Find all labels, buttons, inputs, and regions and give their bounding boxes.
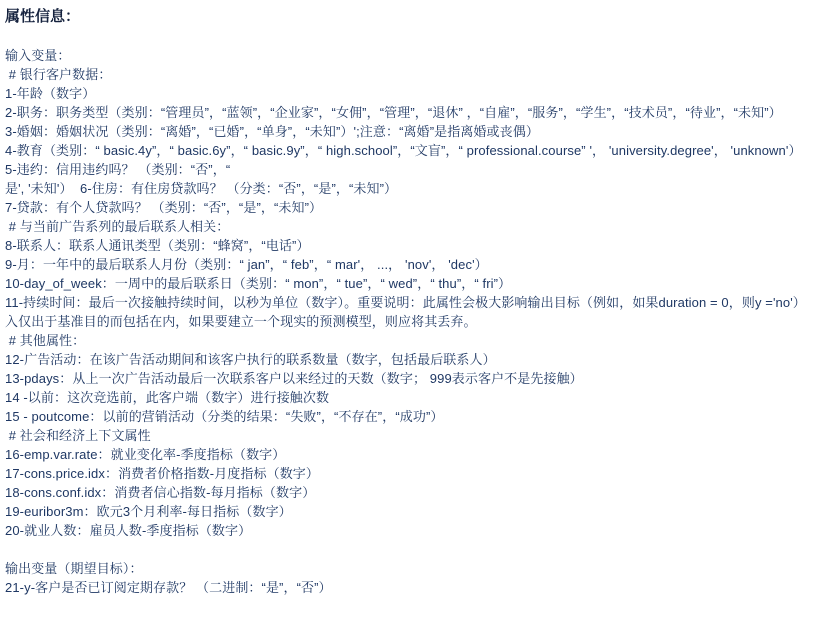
text-line: 15 - poutcome：以前的营销活动（分类的结果：“失败”，“不存在”，“… — [5, 407, 818, 426]
text-line: 14 -以前：这次竞选前，此客户端（数字）进行接触次数 — [5, 388, 818, 407]
text-line — [5, 540, 818, 559]
text-line: # 与当前广告系列的最后联系人相关： — [5, 217, 818, 236]
text-line: 12-广告活动：在该广告活动期间和该客户执行的联系数量（数字，包括最后联系人） — [5, 350, 818, 369]
text-line: 4-教育（类别：“ basic.4y”，“ basic.6y”，“ basic.… — [5, 141, 818, 160]
text-line: 2-职务：职务类型（类别：“管理员”，“蓝领”，“企业家”，“女佣”，“管理”，… — [5, 103, 818, 122]
text-line: 21-y-客户是否已订阅定期存款？ （二进制：“是”，“否”） — [5, 578, 818, 597]
text-line: 18-cons.conf.idx：消费者信心指数-每月指标（数字） — [5, 483, 818, 502]
text-line: 3-婚姻：婚姻状况（类别：“离婚”，“已婚”，“单身”，“未知”）';注意：“离… — [5, 122, 818, 141]
text-line: 16-emp.var.rate：就业变化率-季度指标（数字） — [5, 445, 818, 464]
text-line: 入仅出于基准目的而包括在内，如果要建立一个现实的预测模型，则应将其丢弃。 — [5, 312, 818, 331]
text-line: 9-月：一年中的最后联系人月份（类别：“ jan”，“ feb”，“ mar'，… — [5, 255, 818, 274]
text-line: 5-违约：信用违约吗？ （类别：“否”，“ — [5, 160, 818, 179]
text-line: 7-贷款：有个人贷款吗？ （类别：“否”，“是”，“未知”） — [5, 198, 818, 217]
text-line: 11-持续时间：最后一次接触持续时间，以秒为单位（数字）。重要说明：此属性会极大… — [5, 293, 818, 312]
document-title: 属性信息： — [5, 7, 818, 27]
text-line: # 其他属性： — [5, 331, 818, 350]
text-line: 是', '未知'） 6-住房：有住房贷款吗？ （分类：“否”，“是”，“未知”） — [5, 179, 818, 198]
text-line: # 银行客户数据： — [5, 65, 818, 84]
text-line: 20-就业人数：雇员人数-季度指标（数字） — [5, 521, 818, 540]
text-line: # 社会和经济上下文属性 — [5, 426, 818, 445]
text-line: 13-pdays：从上一次广告活动最后一次联系客户以来经过的天数（数字； 999… — [5, 369, 818, 388]
attribute-info-document: 属性信息： 输入变量： # 银行客户数据：1-年龄（数字）2-职务：职务类型（类… — [0, 0, 824, 597]
text-line: 10-day_of_week：一周中的最后联系日（类别：“ mon”，“ tue… — [5, 274, 818, 293]
attribute-list: 输入变量： # 银行客户数据：1-年龄（数字）2-职务：职务类型（类别：“管理员… — [5, 46, 818, 597]
text-line: 1-年龄（数字） — [5, 84, 818, 103]
text-line: 输入变量： — [5, 46, 818, 65]
text-line: 19-euribor3m：欧元3个月利率-每日指标（数字） — [5, 502, 818, 521]
text-line: 输出变量（期望目标）： — [5, 559, 818, 578]
text-line: 17-cons.price.idx：消费者价格指数-月度指标（数字） — [5, 464, 818, 483]
text-line: 8-联系人：联系人通讯类型（类别：“蜂窝”，“电话”） — [5, 236, 818, 255]
